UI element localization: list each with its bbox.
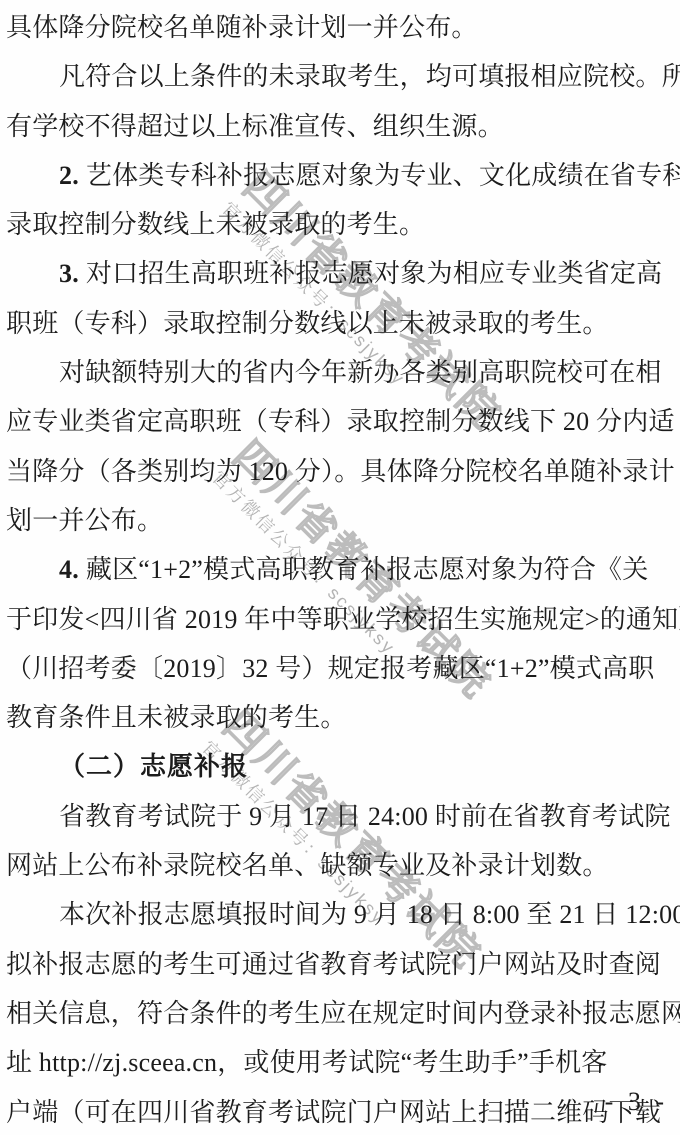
list-number: 2. — [59, 161, 79, 190]
document-line: 网站上公布补录院校名单、缺额专业及补录计划数。 — [6, 841, 674, 890]
page-number: - 3 - — [605, 1087, 668, 1117]
document-line: 4.藏区“1+2”模式高职教育补报志愿对象为符合《关 — [6, 545, 674, 594]
list-number: 3. — [59, 259, 79, 288]
document-line: 户端（可在四川省教育考试院门户网站上扫描二维码下载 — [6, 1088, 674, 1135]
document-line: 有学校不得超过以上标准宣传、组织生源。 — [6, 102, 674, 151]
document-line: 凡符合以上条件的未录取考生，均可填报相应院校。所 — [6, 52, 674, 101]
document-line: 当降分（各类别均为 120 分）。具体降分院校名单随补录计 — [6, 447, 674, 496]
document-line: 划一并公布。 — [6, 496, 674, 545]
document-line: 录取控制分数线上未被录取的考生。 — [6, 200, 674, 249]
document-line: 于印发<四川省 2019 年中等职业学校招生实施规定>的通知》 — [6, 595, 674, 644]
document-line: 应专业类省定高职班（专科）录取控制分数线下 20 分内适 — [6, 397, 674, 446]
document-line: 2.艺体类专科补报志愿对象为专业、文化成绩在省专科 — [6, 151, 674, 200]
document-line: 址 http://zj.sceea.cn，或使用考试院“考生助手”手机客 — [6, 1038, 674, 1087]
document-line: 具体降分院校名单随补录计划一并公布。 — [6, 3, 674, 52]
document-line: 职班（专科）录取控制分数线以上未被录取的考生。 — [6, 299, 674, 348]
document-line: 省教育考试院于 9 月 17 日 24:00 时前在省教育考试院 — [6, 792, 674, 841]
document-content: 具体降分院校名单随补录计划一并公布。凡符合以上条件的未录取考生，均可填报相应院校… — [6, 3, 674, 1135]
document-line: 拟补报志愿的考生可通过省教育考试院门户网站及时查阅 — [6, 940, 674, 989]
document-line: 本次补报志愿填报时间为 9 月 18 日 8:00 至 21 日 12:00。 — [6, 890, 674, 939]
section-heading: （二）志愿补报 — [6, 742, 674, 791]
document-line: 教育条件且未被录取的考生。 — [6, 693, 674, 742]
document-line: 3.对口招生高职班补报志愿对象为相应专业类省定高 — [6, 249, 674, 298]
document-line: 相关信息，符合条件的考生应在规定时间内登录补报志愿网 — [6, 989, 674, 1038]
list-number: 4. — [59, 555, 79, 584]
document-line: （川招考委〔2019〕32 号）规定报考藏区“1+2”模式高职 — [6, 644, 674, 693]
document-line: 对缺额特别大的省内今年新办各类别高职院校可在相 — [6, 348, 674, 397]
document-page: 四川省教育考试院官方微信公众号：scsjyksy四川省教育考试院官方微信公众号：… — [0, 0, 680, 1135]
